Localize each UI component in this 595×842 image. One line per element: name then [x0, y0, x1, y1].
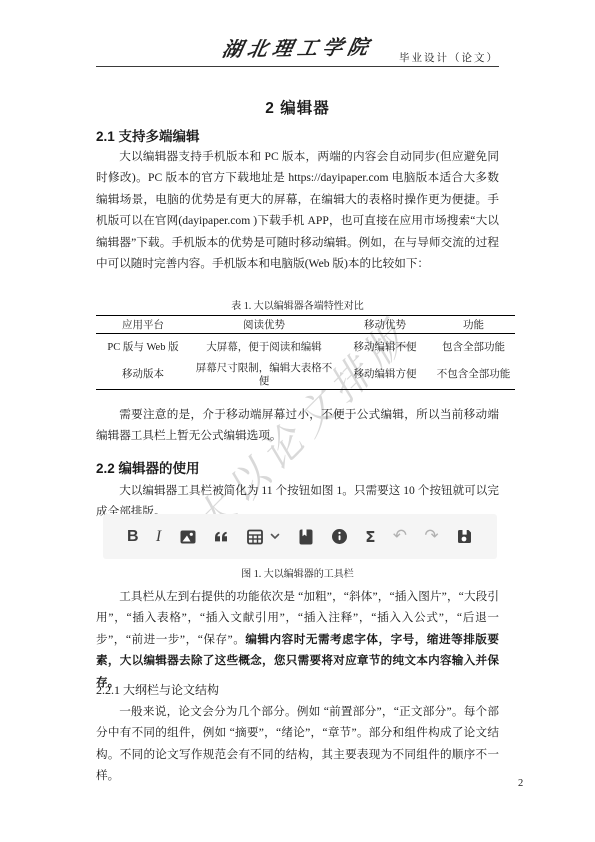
editor-toolbar-figure: B I	[103, 514, 497, 559]
header-doc-type: 毕业设计（论文）	[96, 50, 499, 65]
table-cell: PC 版与 Web 版	[96, 334, 190, 363]
insert-citation-icon	[298, 528, 314, 546]
table-cell: 移动编辑不便	[338, 334, 432, 363]
section-2-1-heading: 2.1 支持多端编辑	[96, 125, 200, 145]
bold-icon: B	[127, 528, 139, 546]
insert-formula-icon: Σ	[365, 528, 375, 546]
table-header-cell: 阅读优势	[190, 316, 338, 334]
comparison-table: 应用平台 阅读优势 移动优势 功能 PC 版与 Web 版 大屏幕，便于阅读和编…	[96, 315, 515, 390]
undo-icon: ↶	[393, 528, 407, 545]
italic-icon: I	[156, 528, 161, 546]
insert-table-group	[246, 528, 280, 546]
section-2-2-heading: 2.2 编辑器的使用	[96, 457, 200, 477]
usage-paragraph: 工具栏从左到右提供的功能依次是 “加粗”，“斜体”，“插入图片”，“大段引用”，…	[96, 586, 499, 693]
table-row: 移动版本 屏幕尺寸限制，编辑大表格不便 移动编辑方便 不包含全部功能	[96, 362, 515, 390]
section-2-2-1-heading: 2.2.1 大纲栏与论文结构	[96, 681, 219, 698]
insert-table-icon	[246, 528, 264, 546]
insert-image-icon	[179, 528, 197, 546]
note-paragraph: 需要注意的是，介于移动端屏幕过小，不便于公式编辑，所以当前移动端编辑器工具栏上暂…	[96, 404, 499, 447]
table-header-cell: 功能	[432, 316, 515, 334]
table-header-cell: 应用平台	[96, 316, 190, 334]
chevron-down-icon	[270, 533, 280, 540]
thesis-page: 大以论文排版 湖北理工学院 毕业设计（论文） 2 编辑器 2.1 支持多端编辑 …	[0, 0, 595, 842]
page-number: 2	[518, 778, 523, 789]
table-cell: 大屏幕，便于阅读和编辑	[190, 334, 338, 363]
insert-footnote-icon	[331, 528, 348, 545]
blockquote-icon	[214, 530, 229, 544]
table-cell: 屏幕尺寸限制，编辑大表格不便	[190, 362, 338, 390]
table-header-cell: 移动优势	[338, 316, 432, 334]
header-rule	[96, 66, 499, 67]
section-2-2-1-paragraph: 一般来说，论文会分为几个部分。例如 “前置部分”，“正文部分”。每个部分中有不同…	[96, 701, 499, 787]
table-row: PC 版与 Web 版 大屏幕，便于阅读和编辑 移动编辑不便 包含全部功能	[96, 334, 515, 363]
section-2-1-paragraph: 大以编辑器支持手机版本和 PC 版本，两端的内容会自动同步(但应避免同时修改)。…	[96, 146, 499, 274]
table-cell: 移动版本	[96, 362, 190, 390]
chapter-title: 2 编辑器	[96, 96, 499, 118]
table-cell: 不包含全部功能	[432, 362, 515, 390]
table-header-row: 应用平台 阅读优势 移动优势 功能	[96, 316, 515, 334]
table-caption: 表 1. 大以编辑器各端特性对比	[96, 297, 499, 312]
table-cell: 包含全部功能	[432, 334, 515, 363]
figure-caption: 图 1. 大以编辑器的工具栏	[96, 565, 499, 580]
save-icon	[456, 528, 473, 545]
redo-icon: ↷	[424, 528, 438, 545]
table-cell: 移动编辑方便	[338, 362, 432, 390]
